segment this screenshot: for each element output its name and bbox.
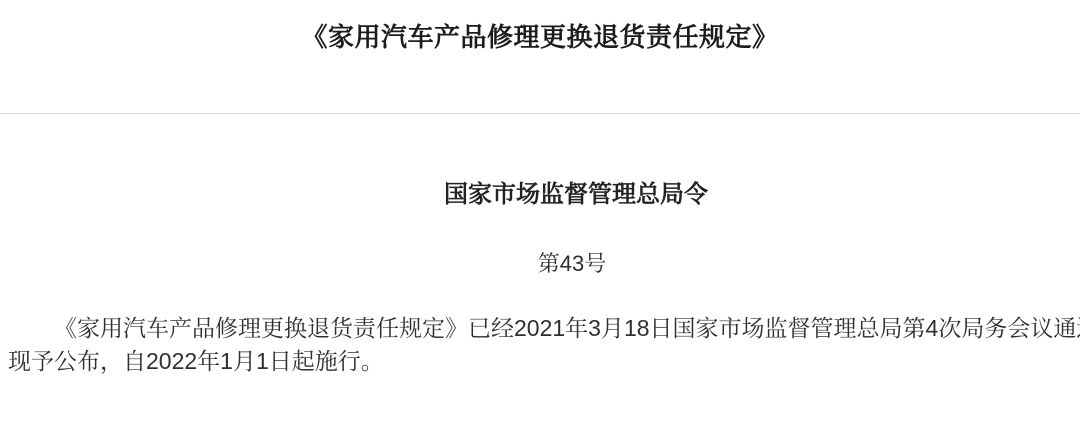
document-title: 《家用汽车产品修理更换退货责任规定》 <box>0 19 1080 57</box>
paragraph-line-1: 《家用汽车产品修理更换退货责任规定》已经2021年3月18日国家市场监督管理总局… <box>8 312 1080 345</box>
paragraph-line-2: 现予公布，自2022年1月1日起施行。 <box>8 345 1080 378</box>
decree-number: 第43号 <box>64 247 1080 281</box>
document-page: 《家用汽车产品修理更换退货责任规定》 国家市场监督管理总局令 第43号 《家用汽… <box>0 0 1080 426</box>
section-divider <box>0 113 1080 114</box>
issuer-heading: 国家市场监督管理总局令 <box>72 177 1080 213</box>
announcement-paragraph: 《家用汽车产品修理更换退货责任规定》已经2021年3月18日国家市场监督管理总局… <box>8 312 1080 378</box>
